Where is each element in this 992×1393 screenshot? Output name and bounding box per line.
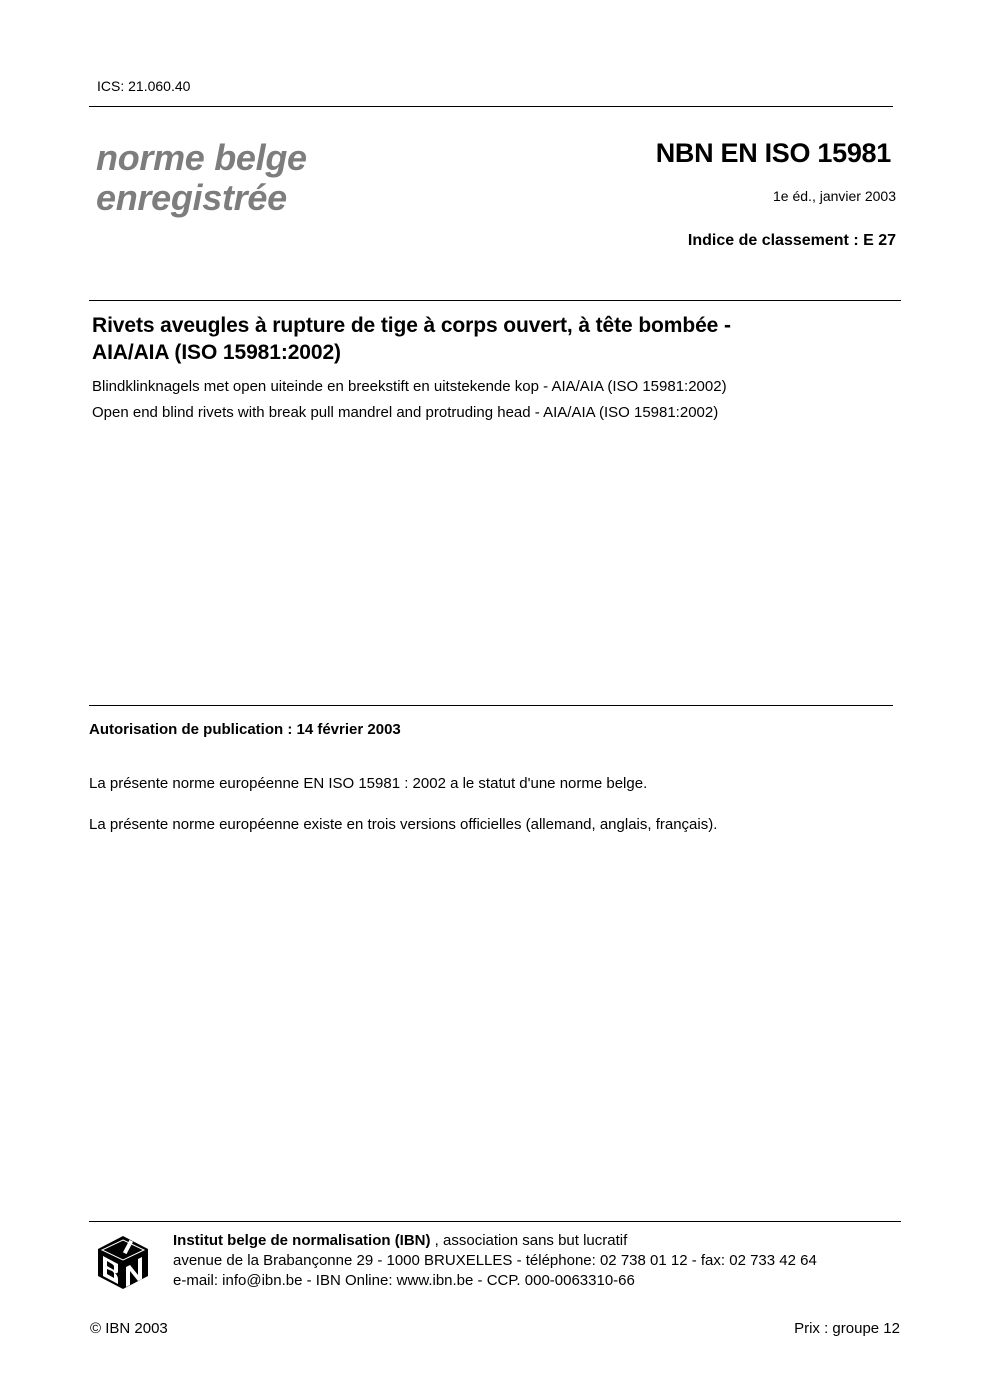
status-paragraph: La présente norme européenne EN ISO 1598… (89, 775, 647, 792)
ibn-cube-logo-icon (96, 1234, 150, 1290)
title-dutch: Blindklinknagels met open uiteinde en br… (92, 378, 727, 395)
contact-line: e-mail: info@ibn.be - IBN Online: www.ib… (173, 1271, 817, 1291)
title-french-line-2: AIA/AIA (ISO 15981:2002) (92, 339, 731, 366)
institute-line: Institut belge de normalisation (IBN) , … (173, 1231, 817, 1251)
price-group: Prix : groupe 12 (794, 1320, 900, 1337)
institute-suffix: , association sans but lucratif (431, 1232, 628, 1249)
title-divider (89, 300, 901, 301)
publication-authorisation: Autorisation de publication : 14 février… (89, 721, 401, 738)
copyright: © IBN 2003 (90, 1320, 168, 1337)
title-french-line-1: Rivets aveugles à rupture de tige à corp… (92, 312, 731, 339)
classification-index: Indice de classement : E 27 (688, 232, 896, 250)
title-french: Rivets aveugles à rupture de tige à corp… (92, 312, 731, 366)
footer-contact-block: Institut belge de normalisation (IBN) , … (173, 1231, 817, 1291)
standard-number: NBN EN ISO 15981 (656, 138, 891, 169)
institute-name: Institut belge de normalisation (IBN) (173, 1232, 431, 1249)
address-line: avenue de la Brabançonne 29 - 1000 BRUXE… (173, 1251, 817, 1271)
title-english: Open end blind rivets with break pull ma… (92, 404, 718, 421)
versions-paragraph: La présente norme européenne existe en t… (89, 816, 717, 833)
brand-title: norme belge enregistrée (96, 138, 307, 218)
publication-divider (89, 705, 893, 706)
edition-date: 1e éd., janvier 2003 (773, 188, 896, 204)
footer-divider (89, 1221, 901, 1222)
ics-code: ICS: 21.060.40 (97, 78, 190, 94)
brand-line-2: enregistrée (96, 178, 307, 218)
brand-line-1: norme belge (96, 138, 307, 178)
header-divider (89, 106, 893, 107)
